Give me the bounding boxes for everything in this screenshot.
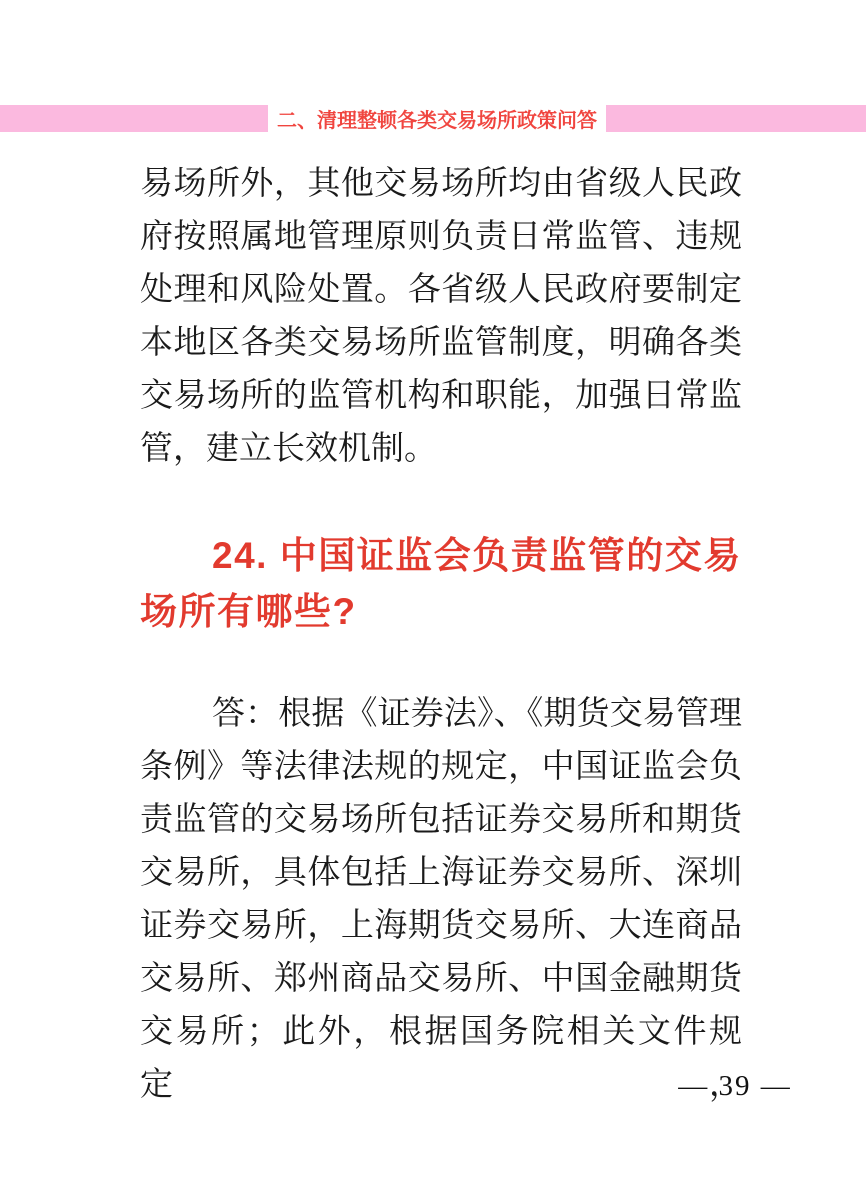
text-line: 本地区各类交易场所监管制度，明确各类: [140, 317, 742, 370]
answer-paragraph: 答：根据《证券法》、《期货交易管理 条例》等法律法规的规定，中国证监会负 责监管…: [140, 688, 742, 1059]
section-header: 二、清理整顿各类交易场所政策问答: [0, 105, 866, 132]
text-line: 处理和风险处置。各省级人民政府要制定: [140, 264, 742, 317]
text-line: 府按照属地管理原则负责日常监管、违规: [140, 211, 742, 264]
text-line: 交易所；此外，根据国务院相关文件规定，: [140, 1006, 742, 1059]
section-title: 二、清理整顿各类交易场所政策问答: [277, 104, 597, 133]
text-line: 交易所、郑州商品交易所、中国金融期货: [140, 953, 742, 1006]
header-bar-right: [606, 105, 866, 132]
body-paragraph-1: 易场所外，其他交易场所均由省级人民政 府按照属地管理原则负责日常监管、违规 处理…: [140, 158, 742, 476]
text-line: 证券交易所，上海期货交易所、大连商品: [140, 900, 742, 953]
header-title-wrap: 二、清理整顿各类交易场所政策问答: [268, 105, 606, 132]
question-heading-line: 24. 中国证监会负责监管的交易: [140, 528, 780, 584]
text-line: 交易所，具体包括上海证券交易所、深圳: [140, 847, 742, 900]
header-bar-left: [0, 105, 268, 132]
text-line: 交易场所的监管机构和职能，加强日常监: [140, 370, 742, 423]
question-heading-line: 场所有哪些?: [140, 584, 780, 640]
text-line: 答：根据《证券法》、《期货交易管理: [140, 688, 742, 741]
page-number: — 39 —: [615, 1068, 855, 1104]
text-line: 责监管的交易场所包括证券交易所和期货: [140, 794, 742, 847]
question-heading: 24. 中国证监会负责监管的交易 场所有哪些?: [140, 528, 780, 640]
book-page: 二、清理整顿各类交易场所政策问答 易场所外，其他交易场所均由省级人民政 府按照属…: [0, 0, 866, 1189]
text-line: 管，建立长效机制。: [140, 423, 742, 476]
text-line: 条例》等法律法规的规定，中国证监会负: [140, 741, 742, 794]
text-line: 易场所外，其他交易场所均由省级人民政: [140, 158, 742, 211]
